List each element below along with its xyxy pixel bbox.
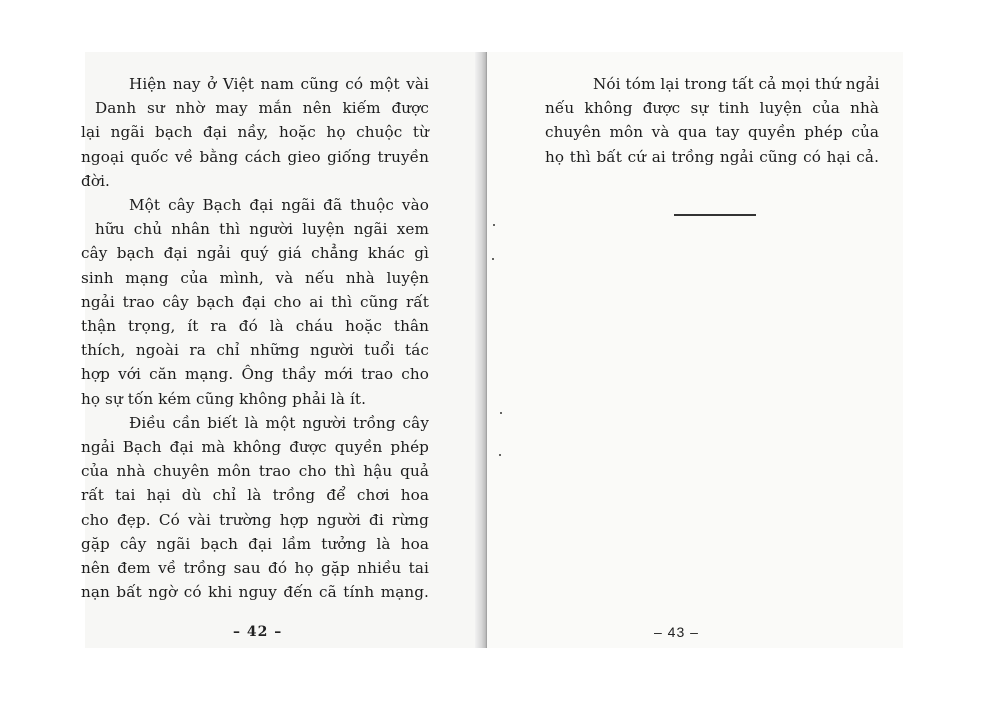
- text-line: chuyên môn và qua tay quyền phép của: [545, 120, 879, 144]
- text-line: ngải Bạch đại mà không được quyền phép: [81, 435, 429, 459]
- book-scan-spread: Hiện nay ở Việt nam cũng có một vài Danh…: [85, 52, 903, 648]
- text-line: lại ngãi bạch đại nầy, hoặc họ chuộc từ: [81, 120, 429, 144]
- text-line: hợp với căn mạng. Ông thầy mới trao cho: [81, 362, 429, 386]
- page-number-42: – 42 –: [233, 624, 282, 640]
- scan-speck: [492, 258, 494, 260]
- scan-speck: [493, 224, 495, 226]
- text-line: thích, ngoài ra chỉ những người tuổi tác: [81, 338, 429, 362]
- text-line: họ thì bất cứ ai trồng ngải cũng có hại …: [545, 145, 879, 169]
- text-line: Nói tóm lại trong tất cả mọi thứ ngải: [545, 72, 879, 96]
- section-end-divider: [674, 214, 756, 216]
- text-line: của nhà chuyên môn trao cho thì hậu quả: [81, 459, 429, 483]
- page-number-43: – 43 –: [654, 624, 699, 640]
- text-line: hữu chủ nhân thì người luyện ngãi xem: [81, 217, 429, 241]
- right-page-body: Nói tóm lại trong tất cả mọi thứ ngải nế…: [545, 72, 879, 169]
- text-line: gặp cây ngãi bạch đại lầm tưởng là hoa: [81, 532, 429, 556]
- text-line: rất tai hại dù chỉ là trồng để chơi hoa: [81, 483, 429, 507]
- scan-speck: [500, 412, 502, 414]
- text-line: nạn bất ngờ có khi nguy đến cã tính mạng…: [81, 580, 429, 604]
- text-line: cây bạch đại ngải quý giá chẳng khác gì: [81, 241, 429, 265]
- text-line: sinh mạng của mình, và nếu nhà luyện: [81, 266, 429, 290]
- left-page-body: Hiện nay ở Việt nam cũng có một vài Danh…: [81, 72, 429, 604]
- text-line: cho đẹp. Có vài trường hợp người đi rừng: [81, 508, 429, 532]
- scan-speck: [499, 454, 501, 456]
- right-page: Nói tóm lại trong tất cả mọi thứ ngải nế…: [487, 52, 903, 648]
- text-line: họ sự tốn kém cũng không phải là ít.: [81, 387, 429, 411]
- left-page: Hiện nay ở Việt nam cũng có một vài Danh…: [85, 52, 477, 648]
- text-line: ngoại quốc về bằng cách gieo giống truyề…: [81, 145, 429, 169]
- text-line: đời.: [81, 169, 429, 193]
- text-line: Hiện nay ở Việt nam cũng có một vài: [81, 72, 429, 96]
- text-line: Điều cần biết là một người trồng cây: [81, 411, 429, 435]
- text-line: ngải trao cây bạch đại cho ai thì cũng r…: [81, 290, 429, 314]
- text-line: thận trọng, ít ra đó là cháu hoặc thân: [81, 314, 429, 338]
- text-line: Một cây Bạch đại ngãi đã thuộc vào: [81, 193, 429, 217]
- text-line: nên đem về trồng sau đó họ gặp nhiều tai: [81, 556, 429, 580]
- text-line: nếu không được sự tinh luyện của nhà: [545, 96, 879, 120]
- text-line: Danh sư nhờ may mắn nên kiếm được: [81, 96, 429, 120]
